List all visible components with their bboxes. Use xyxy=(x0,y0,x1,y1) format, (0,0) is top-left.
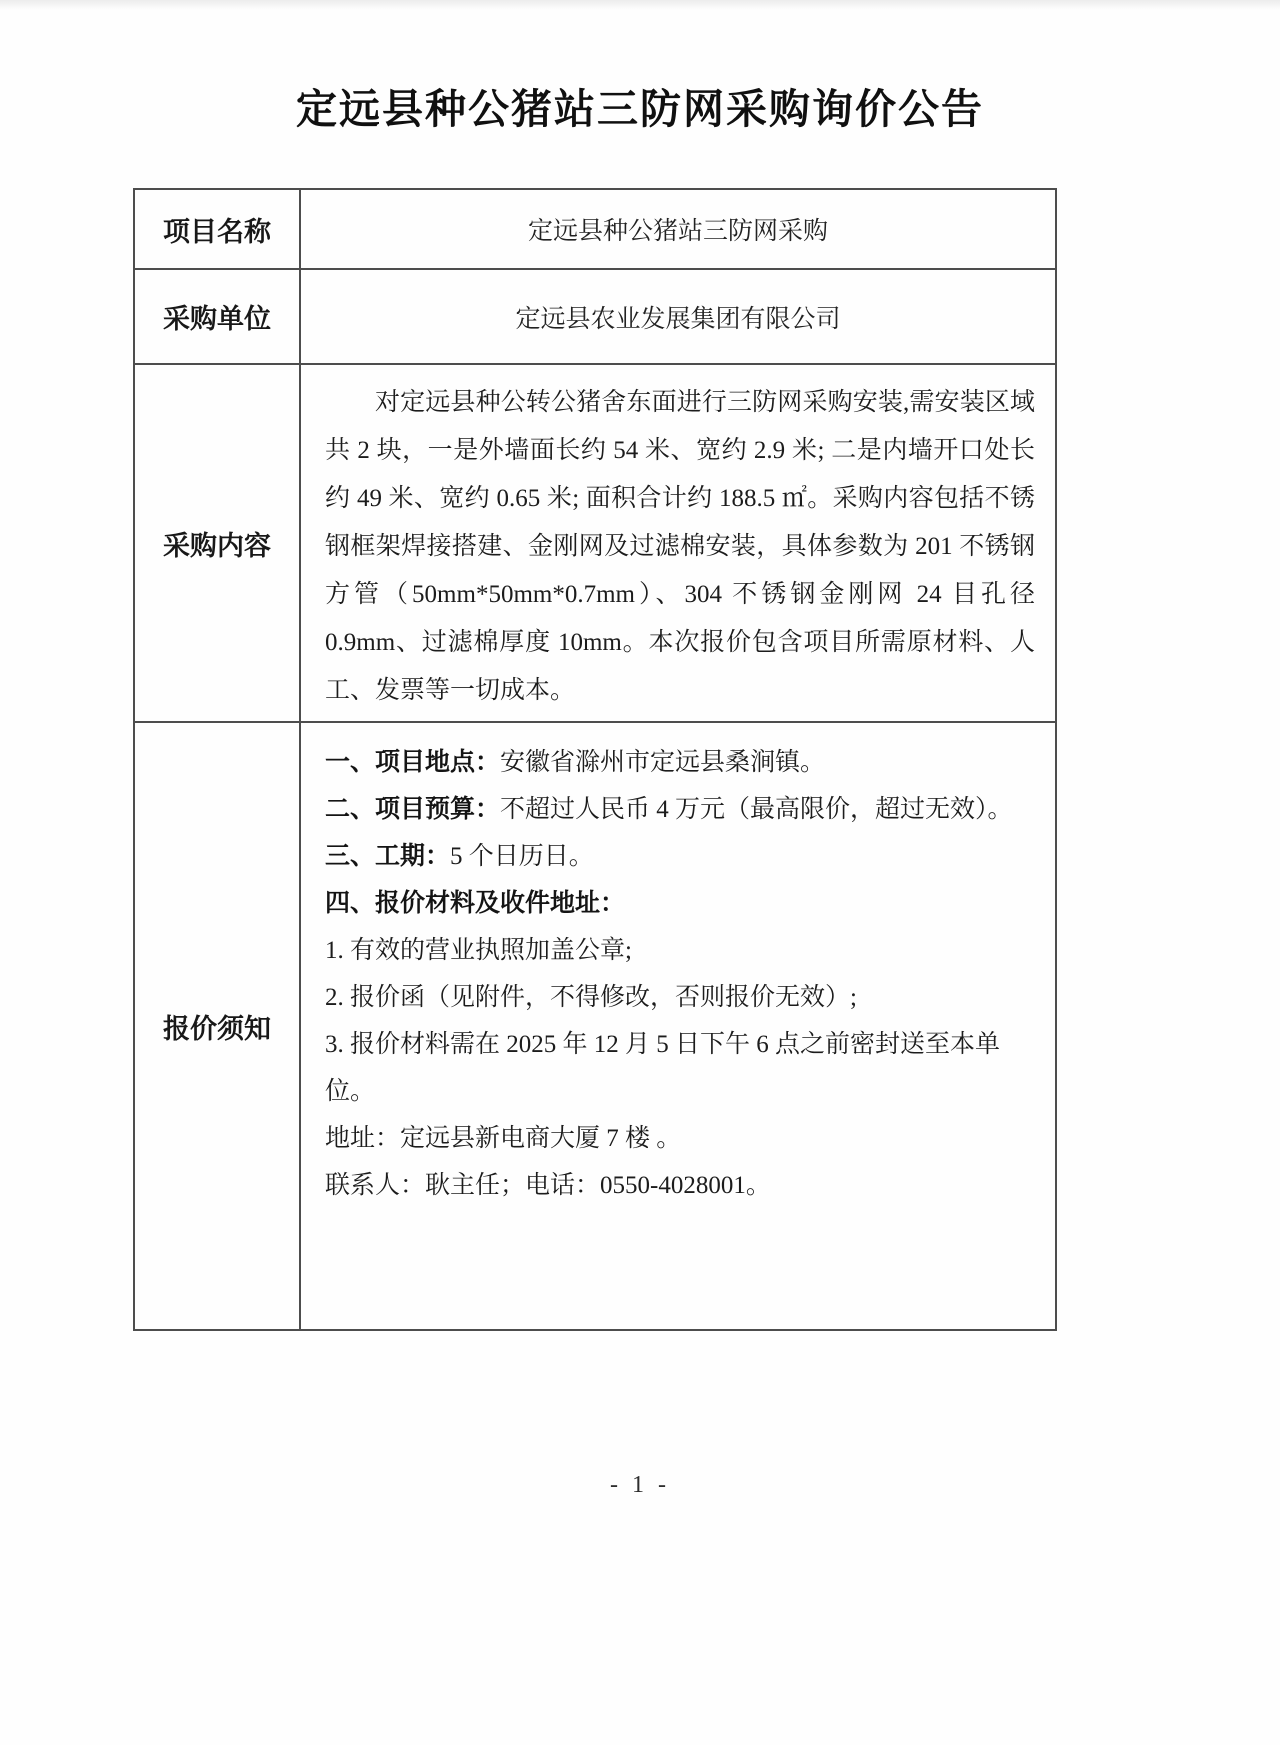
notice-line-deadline: 3. 报价材料需在 2025 年 12 月 5 日下午 6 点之前密封送至本单位… xyxy=(325,1021,1037,1115)
notice-line-materials-heading: 四、报价材料及收件地址： xyxy=(325,880,1037,927)
notice-line-quotation-letter: 2. 报价函（见附件，不得修改，否则报价无效）; xyxy=(325,974,1037,1021)
procurement-content-paragraph: 对定远县种公转公猪舍东面进行三防网采购安装,需安装区域共 2 块，一是外墙面长约… xyxy=(325,379,1035,715)
notice-lead: 一、项目地点： xyxy=(325,748,500,776)
notice-lead: 四、报价材料及收件地址： xyxy=(325,889,625,917)
quotation-notice-label: 报价须知 xyxy=(134,722,300,1330)
notice-text: 5 个日历日。 xyxy=(450,843,594,870)
table-row-purchasing-unit: 采购单位 定远县农业发展集团有限公司 xyxy=(134,269,1056,364)
project-name-label: 项目名称 xyxy=(134,189,300,269)
notice-line-contact: 联系人：耿主任；电话：0550-4028001。 xyxy=(325,1162,1037,1209)
project-name-value: 定远县种公猪站三防网采购 xyxy=(300,189,1056,269)
notice-lead: 二、项目预算： xyxy=(325,795,500,823)
purchasing-unit-label: 采购单位 xyxy=(134,269,300,364)
notice-text: 安徽省滁州市定远县桑涧镇。 xyxy=(500,749,825,776)
document-title: 定远县种公猪站三防网采购询价公告 xyxy=(0,76,1280,135)
notice-text: 1. 有效的营业执照加盖公章; xyxy=(325,937,632,964)
notice-line-duration: 三、工期：5 个日历日。 xyxy=(325,833,1037,880)
procurement-content-label: 采购内容 xyxy=(134,364,300,722)
quotation-notice-cell: 一、项目地点：安徽省滁州市定远县桑涧镇。 二、项目预算：不超过人民币 4 万元（… xyxy=(300,722,1056,1330)
page-number: - 1 - xyxy=(0,1472,1280,1499)
notice-line-license: 1. 有效的营业执照加盖公章; xyxy=(325,927,1037,974)
document-page: 定远县种公猪站三防网采购询价公告 项目名称 定远县种公猪站三防网采购 采购单位 … xyxy=(0,0,1280,1745)
purchasing-unit-value: 定远县农业发展集团有限公司 xyxy=(300,269,1056,364)
notice-text: 不超过人民币 4 万元（最高限价，超过无效）。 xyxy=(500,796,1013,823)
notice-text: 3. 报价材料需在 2025 年 12 月 5 日下午 6 点之前密封送至本单位… xyxy=(325,1031,1000,1105)
procurement-table: 项目名称 定远县种公猪站三防网采购 采购单位 定远县农业发展集团有限公司 采购内… xyxy=(133,188,1057,1331)
notice-line-location: 一、项目地点：安徽省滁州市定远县桑涧镇。 xyxy=(325,739,1037,786)
notice-line-budget: 二、项目预算：不超过人民币 4 万元（最高限价，超过无效）。 xyxy=(325,786,1037,833)
notice-lead: 三、工期： xyxy=(325,842,450,870)
notice-text: 地址：定远县新电商大厦 7 楼 。 xyxy=(325,1125,681,1152)
notice-text: 2. 报价函（见附件，不得修改，否则报价无效）; xyxy=(325,984,857,1011)
table-row-project-name: 项目名称 定远县种公猪站三防网采购 xyxy=(134,189,1056,269)
table-row-procurement-content: 采购内容 对定远县种公转公猪舍东面进行三防网采购安装,需安装区域共 2 块，一是… xyxy=(134,364,1056,722)
table-row-quotation-notice: 报价须知 一、项目地点：安徽省滁州市定远县桑涧镇。 二、项目预算：不超过人民币 … xyxy=(134,722,1056,1330)
notice-line-address: 地址：定远县新电商大厦 7 楼 。 xyxy=(325,1115,1037,1162)
notice-text: 联系人：耿主任；电话：0550-4028001。 xyxy=(325,1172,771,1199)
procurement-content-cell: 对定远县种公转公猪舍东面进行三防网采购安装,需安装区域共 2 块，一是外墙面长约… xyxy=(300,364,1056,722)
